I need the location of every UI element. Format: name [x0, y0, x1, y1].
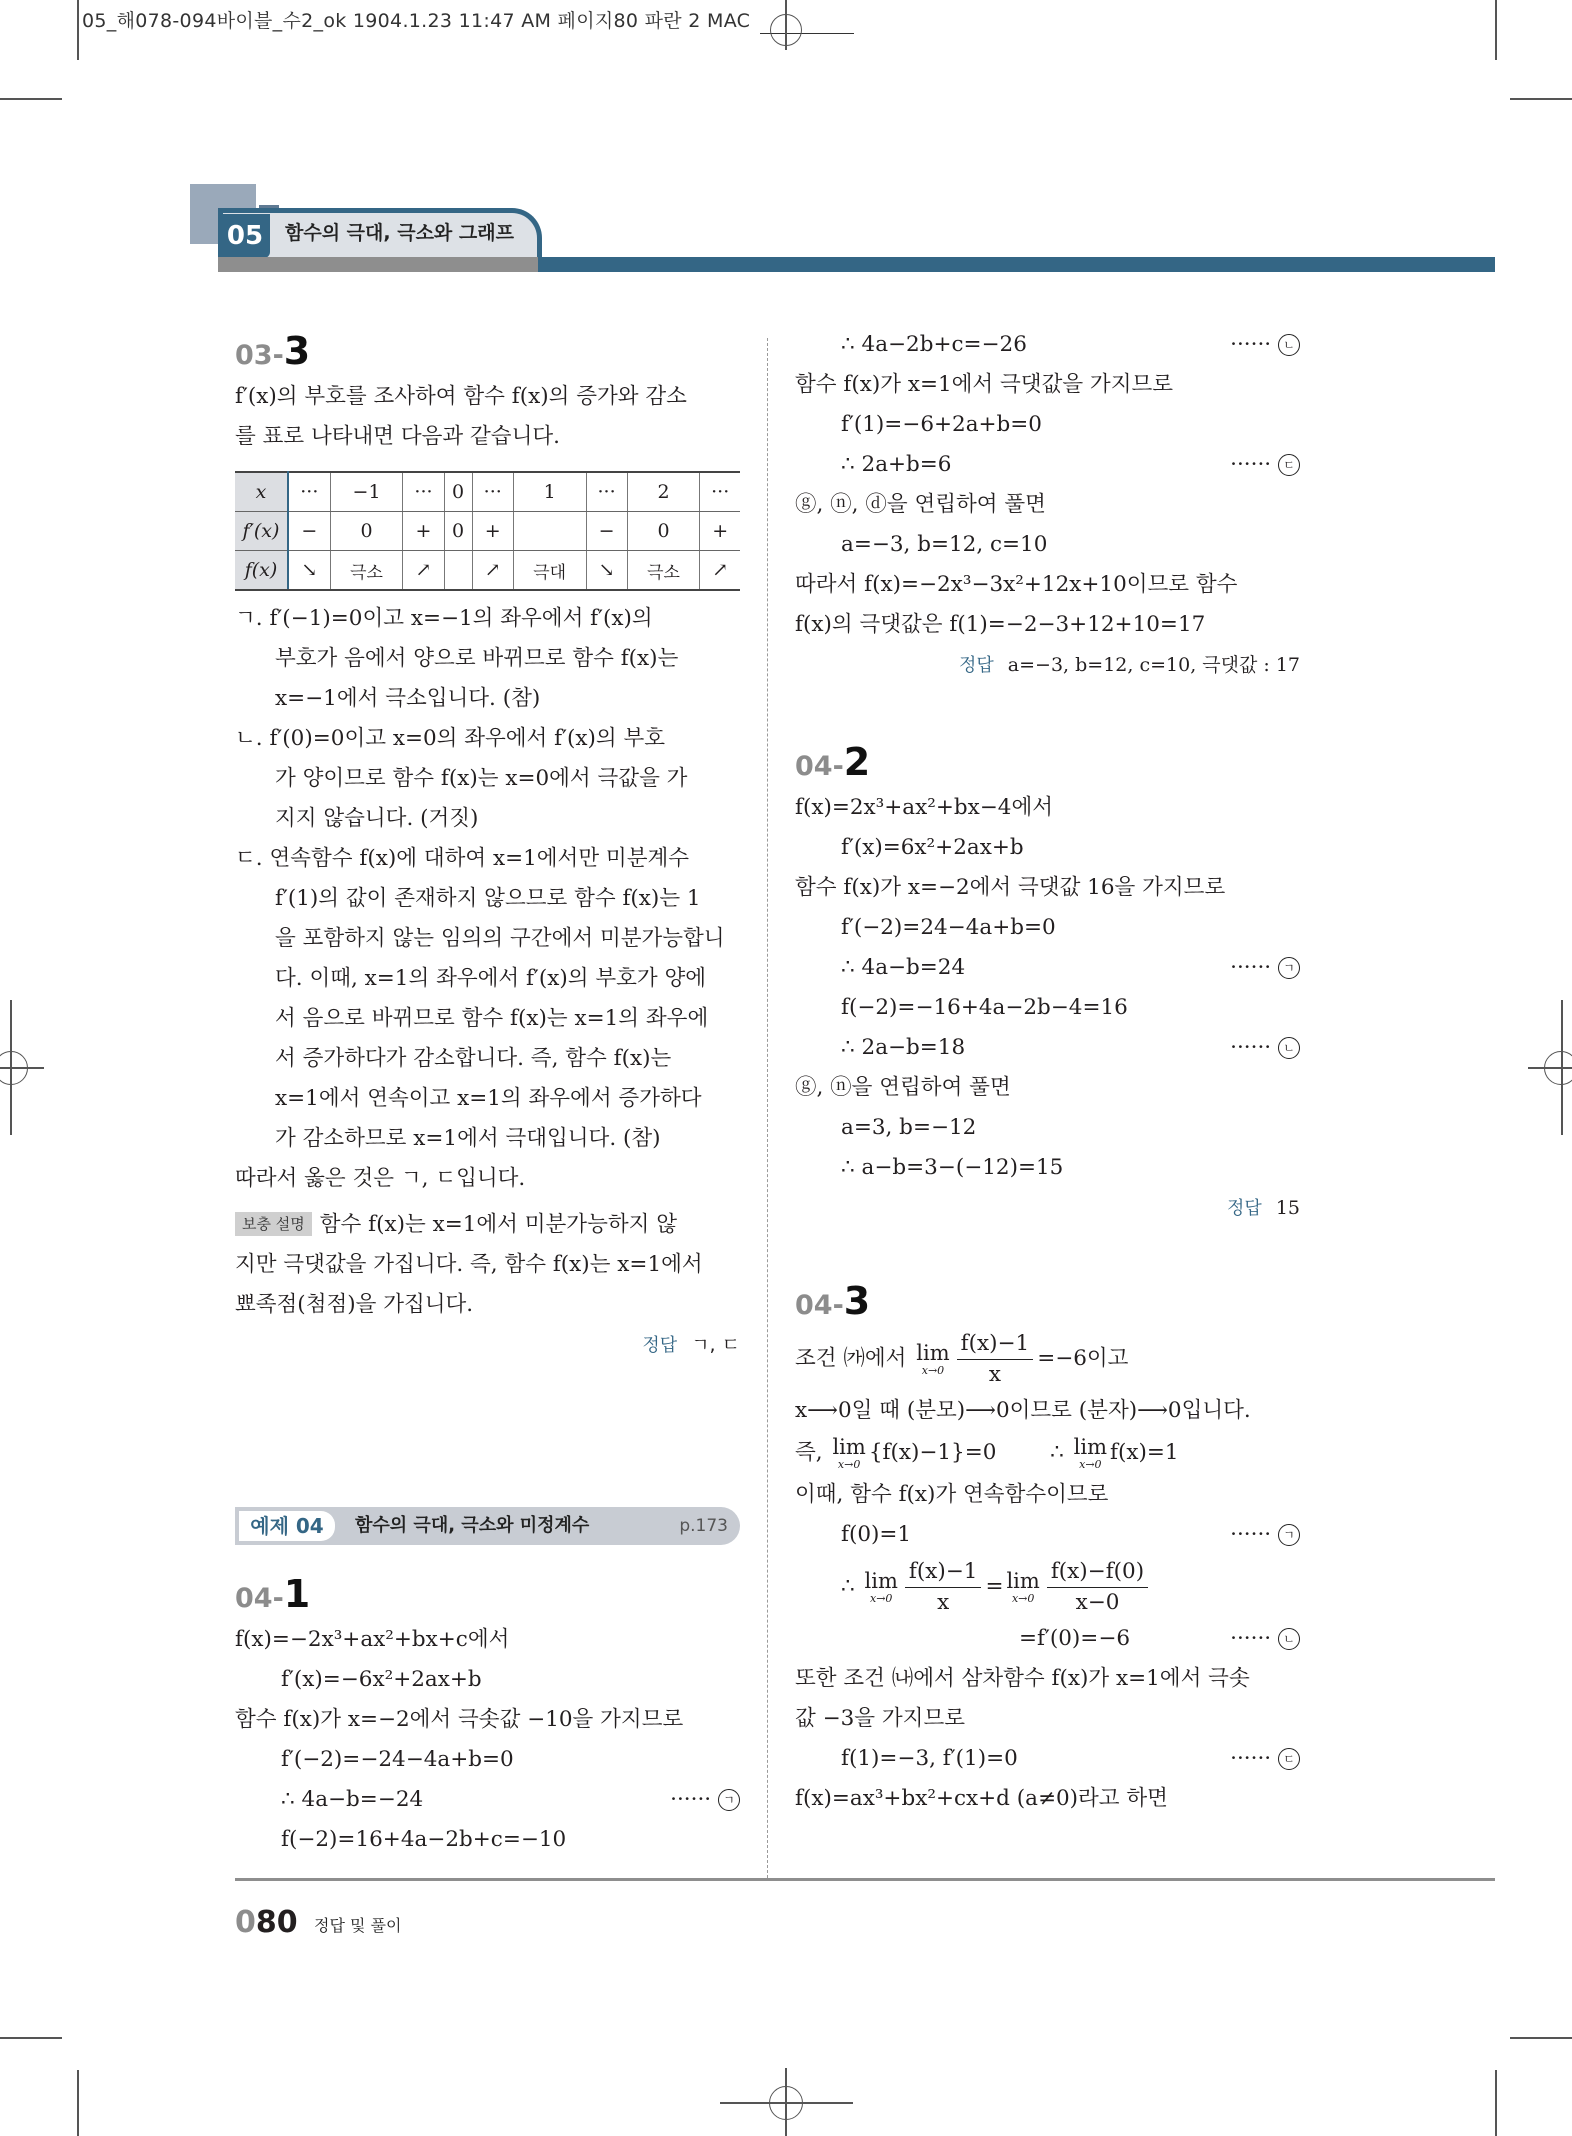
column-divider [767, 338, 768, 1878]
table-cell: ··· [586, 472, 627, 512]
solution-line: f(x)의 극댓값은 f(1)=−2−3+12+10=17 [795, 605, 1300, 645]
circled-giyeok-icon: ㄱ [1278, 957, 1300, 979]
item-line: f′(−1)=0이고 x=−1의 좌우에서 f′(x)의 [269, 606, 652, 631]
crop-mark [1495, 0, 1497, 60]
crop-mark [0, 2037, 62, 2039]
table-cell: ··· [403, 472, 444, 512]
table-cell: ··· [700, 472, 740, 512]
solution-line: f(x)=ax³+bx²+cx+d (a≠0)라고 하면 [795, 1779, 1300, 1819]
solution-line: ∴ 4a−b=24 ······ ㄱ [795, 948, 1300, 988]
solution-line: f(−2)=16+4a−2b+c=−10 [235, 1820, 740, 1860]
solution-line: 함수 f(x)가 x=−2에서 극솟값 −10을 가지므로 [235, 1700, 740, 1740]
print-slug: 05_해078-094바이블_수2_ok 1904.1.23 11:47 AM … [82, 6, 750, 33]
item-label: ㄴ. [235, 726, 263, 751]
solution-line: f(x)=2x³+ax²+bx−4에서 [795, 788, 1300, 828]
chapter-title: 함수의 극대, 극소와 그래프 [285, 218, 514, 245]
table-cell: 극소 [627, 551, 700, 591]
limit-expression: limx→0 [1006, 1569, 1039, 1605]
table-cell: ··· [472, 472, 513, 512]
table-cell: + [700, 512, 740, 551]
table-cell: − [586, 512, 627, 551]
statement-nieun: ㄴ. f′(0)=0이고 x=0의 좌우에서 f′(x)의 부호 가 양이므로 … [235, 719, 740, 839]
circled-nieun-icon: ㄴ [1278, 334, 1300, 356]
solution-line: 함수 f(x)가 x=−2에서 극댓값 16을 가지므로 [795, 868, 1300, 908]
registration-mark [0, 1051, 28, 1085]
equation-marker: ······ ㄱ [670, 1780, 740, 1820]
row-header: f(x) [235, 551, 288, 591]
table-cell: −1 [330, 472, 403, 512]
table-cell: 0 [444, 472, 472, 512]
solution-line: 따라서 f(x)=−2x³−3x²+12x+10이므로 함수 [795, 565, 1300, 605]
item-line: 지지 않습니다. (거짓) [235, 799, 740, 839]
fraction: f(x)−f(0)x−0 [1047, 1557, 1148, 1618]
table-cell [444, 551, 472, 591]
solution-line: f′(x)=−6x²+2ax+b [235, 1660, 740, 1700]
solution-line: 또한 조건 ㈏에서 삼차함수 f(x)가 x=1에서 극솟 [795, 1659, 1300, 1699]
limit-expression: limx→0 [1074, 1435, 1107, 1471]
limit-expression: limx→0 [916, 1341, 949, 1377]
circled-nieun-icon: ㄴ [1278, 1628, 1300, 1650]
solution-line: ∴ 4a−2b+c=−26 ······ ㄴ [795, 325, 1300, 365]
solution-line: 조건 ㈎에서 limx→0f(x)−1x=−6이고 [795, 1327, 1300, 1391]
problem-id-03-3: 03-3 [235, 325, 740, 377]
header-blue-bar [538, 257, 1495, 272]
sign-table: x ··· −1 ··· 0 ··· 1 ··· 2 ··· f′(x) − 0… [235, 471, 740, 591]
row-header: f′(x) [235, 512, 288, 551]
solution-line: a=−3, b=12, c=10 [795, 525, 1300, 565]
increase-arrow-icon: ↗ [700, 551, 740, 591]
item-line: f′(0)=0이고 x=0의 좌우에서 f′(x)의 부호 [269, 726, 665, 751]
solution-line: 함수 f(x)가 x=1에서 극댓값을 가지므로 [795, 365, 1300, 405]
equation-marker: ······ ㄱ [1230, 948, 1300, 988]
solution-line: 이때, 함수 f(x)가 연속함수이므로 [795, 1475, 1300, 1515]
solution-line: ∴ 2a+b=6 ······ ㄷ [795, 445, 1300, 485]
answer-value: a=−3, b=12, c=10, 극댓값 : 17 [1008, 654, 1300, 676]
item-line: 다. 이때, x=1의 좌우에서 f′(x)의 부호가 양에 [235, 959, 740, 999]
table-row: f′(x) − 0 + 0 + − 0 + [235, 512, 740, 551]
solution-line: f(1)=−3, f′(1)=0 ······ ㄷ [795, 1739, 1300, 1779]
footer-rule [235, 1878, 1495, 1881]
table-cell: 1 [513, 472, 586, 512]
statement-giyeok: ㄱ. f′(−1)=0이고 x=−1의 좌우에서 f′(x)의 부호가 음에서 … [235, 599, 740, 719]
decrease-arrow-icon: ↘ [288, 551, 330, 591]
supplement-line: 함수 f(x)는 x=1에서 미분가능하지 않 [320, 1212, 677, 1237]
example-title: 함수의 극대, 극소와 미정계수 [355, 1507, 589, 1545]
crop-mark [1510, 98, 1572, 100]
answer-label: 정답 [959, 655, 994, 676]
equation-marker: ······ ㄴ [1230, 1028, 1300, 1068]
solution-line: 값 −3을 가지므로 [795, 1699, 1300, 1739]
solution-line: f′(−2)=24−4a+b=0 [795, 908, 1300, 948]
statement-digeut: ㄷ. 연속함수 f(x)에 대하여 x=1에서만 미분계수 f′(1)의 값이 … [235, 839, 740, 1159]
problem-id-04-2: 04-2 [795, 736, 1300, 788]
intro-line: f′(x)의 부호를 조사하여 함수 f(x)의 증가와 감소 [235, 377, 740, 417]
limit-expression: limx→0 [832, 1435, 865, 1471]
problem-04-2: 04-2 f(x)=2x³+ax²+bx−4에서 f′(x)=6x²+2ax+b… [795, 736, 1300, 1229]
circled-nieun-icon: ㄴ [1278, 1037, 1300, 1059]
item-label: ㄷ. [235, 846, 263, 871]
supplement-badge: 보충 설명 [235, 1212, 312, 1236]
supplement-line: 지만 극댓값을 가집니다. 즉, 함수 f(x)는 x=1에서 [235, 1245, 740, 1285]
crop-mark [0, 98, 62, 100]
chapter-number: 05 [220, 214, 270, 258]
crop-mark [1495, 2070, 1497, 2136]
solution-line: f(0)=1 ······ ㄱ [795, 1515, 1300, 1555]
example-badge: 예제 04 [239, 1511, 335, 1541]
decrease-arrow-icon: ↘ [586, 551, 627, 591]
intro-line: 를 표로 나타내면 다음과 같습니다. [235, 417, 740, 457]
header-grey-bar [218, 257, 538, 272]
item-line: 서 음으로 바뀌므로 함수 f(x)는 x=1의 좌우에 [235, 999, 740, 1039]
equation-marker: ······ ㄱ [1230, 1515, 1300, 1555]
item-line: 부호가 음에서 양으로 바뀌므로 함수 f(x)는 [235, 639, 740, 679]
solution-line: ⓖ, ⓝ을 연립하여 풀면 [795, 1068, 1300, 1108]
table-cell: 2 [627, 472, 700, 512]
left-column: 03-3 f′(x)의 부호를 조사하여 함수 f(x)의 증가와 감소 를 표… [235, 325, 740, 1366]
registration-mark [769, 2086, 803, 2120]
solution-line: f′(1)=−6+2a+b=0 [795, 405, 1300, 445]
problem-04-1: 04-1 f(x)=−2x³+ax²+bx+c에서 f′(x)=−6x²+2ax… [235, 1568, 740, 1860]
item-line: 서 증가하다가 감소합니다. 즉, 함수 f(x)는 [235, 1039, 740, 1079]
row-header: x [235, 472, 288, 512]
answer-value: 15 [1276, 1197, 1300, 1219]
fraction: f(x)−1x [957, 1329, 1034, 1390]
answer-04-1: 정답a=−3, b=12, c=10, 극댓값 : 17 [795, 645, 1300, 686]
equation-marker: ······ ㄷ [1230, 1739, 1300, 1779]
solution-line: a=3, b=−12 [795, 1108, 1300, 1148]
answer-03-3: 정답ㄱ, ㄷ [235, 1325, 740, 1366]
increase-arrow-icon: ↗ [403, 551, 444, 591]
conclusion: 따라서 옳은 것은 ㄱ, ㄷ입니다. [235, 1159, 740, 1199]
supplement-box: 보충 설명함수 f(x)는 x=1에서 미분가능하지 않 지만 극댓값을 가집니… [235, 1205, 740, 1325]
example-page-ref: p.173 [679, 1507, 728, 1545]
item-line: x=−1에서 극소입니다. (참) [235, 679, 740, 719]
crop-mark [77, 0, 79, 60]
registration-mark [1544, 1051, 1572, 1085]
item-line: x=1에서 연속이고 x=1의 좌우에서 증가하다 [235, 1079, 740, 1119]
circled-giyeok-icon: ㄱ [1278, 1524, 1300, 1546]
table-cell: 극소 [330, 551, 403, 591]
item-line: 연속함수 f(x)에 대하여 x=1에서만 미분계수 [269, 846, 689, 871]
solution-line: ∴ 4a−b=−24 ······ ㄱ [235, 1780, 740, 1820]
table-cell [513, 512, 586, 551]
solution-line: f(x)=−2x³+ax²+bx+c에서 [235, 1620, 740, 1660]
table-cell: + [472, 512, 513, 551]
table-row: f(x) ↘ 극소 ↗ ↗ 극대 ↘ 극소 ↗ [235, 551, 740, 591]
table-cell: + [403, 512, 444, 551]
solution-line: =f′(0)=−6 ······ ㄴ [795, 1619, 1300, 1659]
solution-line: ∴ a−b=3−(−12)=15 [795, 1148, 1300, 1188]
item-line: 가 양이므로 함수 f(x)는 x=0에서 극값을 가 [235, 759, 740, 799]
item-line: 을 포함하지 않는 임의의 구간에서 미분가능합니 [235, 919, 740, 959]
equation-marker: ······ ㄷ [1230, 445, 1300, 485]
answer-04-2: 정답15 [795, 1188, 1300, 1229]
registration-mark [770, 14, 802, 46]
equation-marker: ······ ㄴ [1230, 325, 1300, 365]
limit-expression: limx→0 [865, 1569, 898, 1605]
solution-line: f′(−2)=−24−4a+b=0 [235, 1740, 740, 1780]
page-number: 080 [235, 1905, 298, 1940]
crop-mark [77, 2070, 79, 2136]
item-label: ㄱ. [235, 606, 263, 631]
table-cell: 0 [627, 512, 700, 551]
table-cell: 0 [330, 512, 403, 551]
solution-line: f(−2)=−16+4a−2b−4=16 [795, 988, 1300, 1028]
crop-mark [1510, 2037, 1572, 2039]
item-line: f′(1)의 값이 존재하지 않으므로 함수 f(x)는 1 [235, 879, 740, 919]
footer-section-label: 정답 및 풀이 [314, 1913, 401, 1936]
problem-id-04-3: 04-3 [795, 1275, 1300, 1327]
solution-line: 즉, limx→0{f(x)−1}=0 ∴ limx→0f(x)=1 [795, 1431, 1300, 1475]
problem-id-04-1: 04-1 [235, 1568, 740, 1620]
answer-value: ㄱ, ㄷ [691, 1334, 740, 1356]
right-column: ∴ 4a−2b+c=−26 ······ ㄴ 함수 f(x)가 x=1에서 극댓… [795, 325, 1300, 1819]
item-line: 가 감소하므로 x=1에서 극대입니다. (참) [235, 1119, 740, 1159]
circled-digeut-icon: ㄷ [1278, 1748, 1300, 1770]
supplement-line: 뾰족점(첨점)을 가집니다. [235, 1285, 740, 1325]
table-cell: − [288, 512, 330, 551]
circled-digeut-icon: ㄷ [1278, 454, 1300, 476]
table-cell: 극대 [513, 551, 586, 591]
solution-line: x⟶0일 때 (분모)⟶0이므로 (분자)⟶0입니다. [795, 1391, 1300, 1431]
solution-line: ∴ 2a−b=18 ······ ㄴ [795, 1028, 1300, 1068]
table-cell: 0 [444, 512, 472, 551]
answer-label: 정답 [642, 1335, 677, 1356]
answer-label: 정답 [1227, 1198, 1262, 1219]
example-header-bar: 예제 04 함수의 극대, 극소와 미정계수 p.173 [235, 1507, 740, 1545]
equation-marker: ······ ㄴ [1230, 1619, 1300, 1659]
table-row: x ··· −1 ··· 0 ··· 1 ··· 2 ··· [235, 472, 740, 512]
fraction: f(x)−1x [905, 1557, 982, 1618]
solution-line: ⓖ, ⓝ, ⓓ을 연립하여 풀면 [795, 485, 1300, 525]
table-cell: ··· [288, 472, 330, 512]
increase-arrow-icon: ↗ [472, 551, 513, 591]
problem-04-3: 04-3 조건 ㈎에서 limx→0f(x)−1x=−6이고 x⟶0일 때 (분… [795, 1275, 1300, 1819]
circled-giyeok-icon: ㄱ [718, 1789, 740, 1811]
solution-line: f′(x)=6x²+2ax+b [795, 828, 1300, 868]
solution-line: ∴ limx→0f(x)−1x=limx→0f(x)−f(0)x−0 [795, 1555, 1300, 1619]
